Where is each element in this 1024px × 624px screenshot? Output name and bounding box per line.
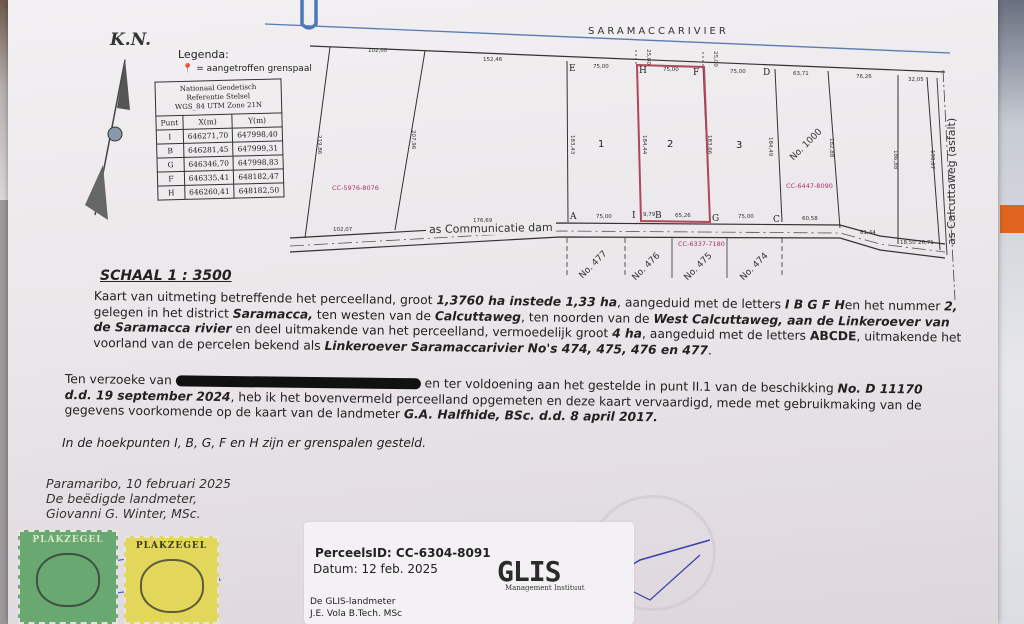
corner-label: I xyxy=(632,211,636,221)
measurement: 76,26 xyxy=(856,74,872,80)
revenue-stamp-green: PLAKZEGEL xyxy=(18,530,118,624)
glis-date: Datum: 12 feb. 2025 xyxy=(313,562,438,576)
measurement: 75,00 xyxy=(593,64,609,70)
legend-item: 📍= aangetroffen grenspaal xyxy=(182,64,312,74)
measurement: 184,44 xyxy=(641,135,647,154)
revenue-stamp-yellow: PLAKZEGEL xyxy=(124,536,219,624)
scale-label: SCHAAL 1 : 3500 xyxy=(100,268,232,284)
measurement: 102,00 xyxy=(368,48,387,54)
glis-logo-subtitle: Management Instituut xyxy=(505,584,585,592)
measurement: 75,00 xyxy=(730,69,746,75)
measurement: 182,88 xyxy=(828,138,834,157)
surveyor-name: Giovanni G. Winter, MSc. xyxy=(46,506,231,521)
measurement: 183,43 xyxy=(569,135,575,154)
measurement: 152,46 xyxy=(483,57,502,63)
measurement: 219,86 xyxy=(316,135,322,154)
glis-surveyor: De GLIS-landmeter J.E. Vola B.Tech. MSc xyxy=(310,596,402,620)
col-header-y: Y(m) xyxy=(232,113,282,128)
paperclip-icon xyxy=(302,0,316,28)
col-header-punt: Punt xyxy=(156,115,183,130)
surveyor-signature-block: Paramaribo, 10 februari 2025 De beëdigde… xyxy=(46,476,231,521)
north-arrow-icon xyxy=(85,58,130,220)
measurement: 63,71 xyxy=(793,71,809,77)
coat-of-arms-icon xyxy=(140,559,204,613)
measurement: 102,07 xyxy=(333,227,352,233)
coordinate-table: Nationaal Geodetisch Referentie Stelsel … xyxy=(154,78,284,200)
measurement: 26,71 xyxy=(918,240,934,246)
boundary-post-icon: 📍 xyxy=(182,64,193,74)
measurement: 61,44 xyxy=(860,230,876,236)
corner-label: C xyxy=(773,215,780,225)
coordinate-table-caption: Nationaal Geodetisch Referentie Stelsel … xyxy=(155,79,282,116)
measurement: 207,96 xyxy=(410,130,416,149)
measurement: 75,00 xyxy=(663,67,679,73)
measurement: 60,58 xyxy=(802,216,818,222)
table-row: H646260,41648182,50 xyxy=(158,183,284,200)
legend-item-text: = aangetroffen grenspaal xyxy=(196,64,312,74)
measurement: 183,66 xyxy=(706,135,712,154)
coat-of-arms-icon xyxy=(36,553,100,607)
parcel-code: CC-6447-8090 xyxy=(786,182,833,190)
measurement: 65,26 xyxy=(675,213,691,219)
legend-title: Legenda: xyxy=(178,48,229,61)
measurement: 75,00 xyxy=(738,214,754,220)
description-paragraph: Kaart van uitmeting betreffende het perc… xyxy=(93,289,962,362)
measurement: 75,00 xyxy=(596,214,612,220)
river-label: SARAMACCARIVIER xyxy=(588,26,729,37)
measurement: 32,05 xyxy=(908,77,924,83)
north-label: K.N. xyxy=(110,30,151,50)
corner-label: G xyxy=(712,214,719,224)
corner-label: D xyxy=(763,68,770,78)
corner-label: A xyxy=(570,212,577,222)
corner-label: H xyxy=(639,66,647,76)
corner-label: F xyxy=(693,68,699,78)
parcel-number: 3 xyxy=(736,140,742,151)
corner-label: E xyxy=(569,64,576,74)
parcel-code: CC-6337-7180 xyxy=(678,240,725,248)
measurement: 18,50 xyxy=(900,240,916,246)
parcel-code: CC-5976-8076 xyxy=(332,184,379,192)
measurement: 190,67 xyxy=(929,150,935,169)
river-offset: 25,00 xyxy=(712,51,718,67)
place-date: Paramaribo, 10 februari 2025 xyxy=(46,476,231,491)
redacted-name xyxy=(176,375,421,389)
measurement: 184,49 xyxy=(767,137,773,156)
side-road-label: as Calcuttaweg (asfalt) xyxy=(945,118,958,245)
col-header-x: X(m) xyxy=(183,114,233,129)
measurement: 9,79 xyxy=(643,212,655,218)
parcel-number: 2 xyxy=(667,139,673,150)
corner-label: B xyxy=(655,211,662,221)
river-offset: 25,00 xyxy=(645,49,651,65)
surveyor-role: De beëdigde landmeter, xyxy=(46,491,231,506)
parcel-id: PerceelsID: CC-6304-8091 xyxy=(315,546,491,560)
parcel-number: 1 xyxy=(598,139,604,150)
boundary-posts-statement: In de hoekpunten I, B, G, F en H zijn er… xyxy=(62,436,426,452)
measurement: 186,88 xyxy=(892,150,898,169)
measurement: 176,69 xyxy=(473,218,492,224)
